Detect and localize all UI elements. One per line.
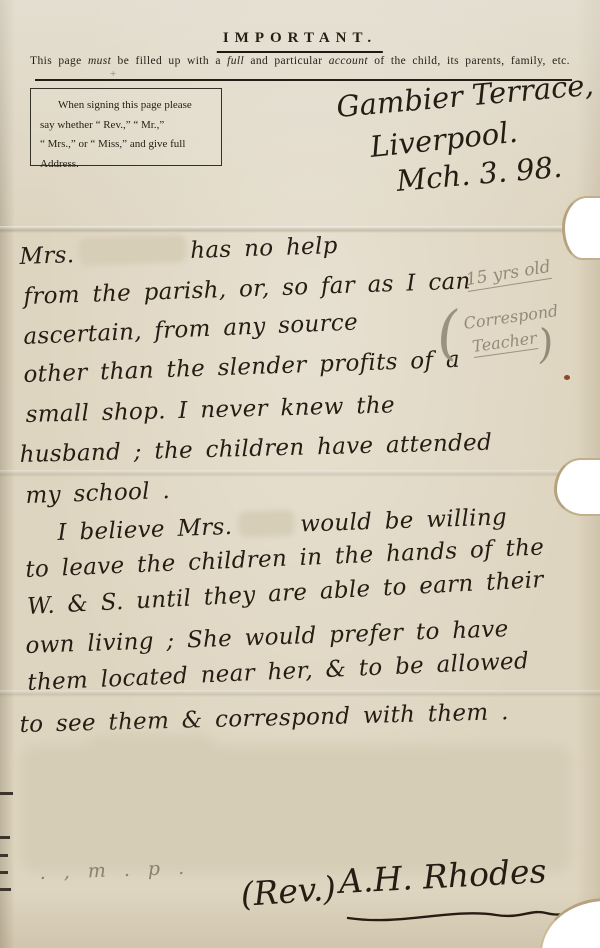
edge-tick-mark	[0, 871, 8, 874]
fold-crease-middle	[0, 470, 600, 477]
subtitle-text: be filled up with a	[111, 55, 227, 67]
subtitle-emphasis: must	[88, 55, 111, 67]
line-text: has no help	[190, 233, 338, 264]
edge-tick-mark	[0, 888, 11, 891]
stain-spot	[564, 375, 570, 380]
pencil-plus-mark: +	[110, 68, 116, 80]
notice-line: say whether “ Rev.,” “ Mr.,”	[40, 116, 212, 136]
page-title: IMPORTANT.	[217, 30, 383, 53]
signature-honorific: (Rev.)	[239, 868, 337, 914]
notice-line: “ Mrs.,” or “ Miss,” and give full	[40, 135, 212, 155]
subtitle-text: This page	[30, 55, 88, 67]
edge-tick-mark	[0, 792, 13, 795]
edge-tick-mark	[0, 854, 8, 857]
subtitle-text: and particular	[244, 55, 329, 67]
scanned-letter-page: IMPORTANT. This page must be filled up w…	[0, 0, 600, 948]
erased-name-patch	[242, 514, 291, 534]
handwritten-line: my school .	[25, 478, 170, 509]
erased-name-patch	[82, 238, 183, 261]
fold-crease-top	[0, 226, 600, 233]
line-text: Mrs.	[19, 242, 75, 270]
subtitle-text: of the child, its parents, family, etc.	[368, 55, 570, 67]
page-subtitle: This page must be filled up with a full …	[0, 55, 600, 67]
subtitle-emphasis: full	[227, 55, 244, 67]
subtitle-emphasis: account	[329, 55, 368, 67]
erased-paragraph-patch	[30, 754, 562, 864]
edge-tick-mark	[0, 836, 10, 839]
notice-line: Address.	[40, 155, 212, 175]
signature-flourish	[346, 906, 582, 926]
torn-edge-notch	[554, 458, 600, 516]
signing-notice-box: When signing this page please say whethe…	[30, 88, 222, 166]
torn-edge-notch	[562, 196, 600, 260]
notice-line: When signing this page please	[40, 96, 212, 116]
